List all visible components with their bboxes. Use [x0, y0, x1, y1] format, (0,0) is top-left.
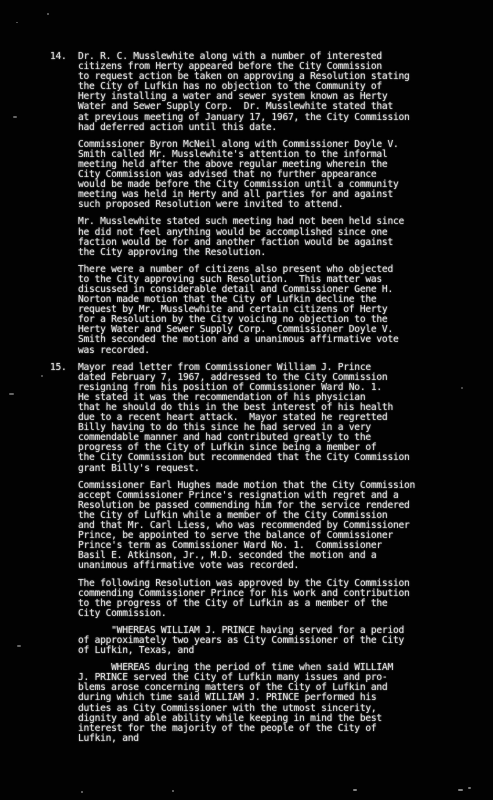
scan-speck	[41, 375, 43, 377]
minute-item-14: 14. Dr. R. C. Musslewhite along with a n…	[50, 52, 463, 363]
scan-speck	[16, 22, 18, 23]
scan-speck	[172, 790, 174, 792]
scan-speck	[17, 645, 21, 647]
scan-speck	[458, 789, 463, 791]
minute-item-15: 15. Mayor read letter from Commissioner …	[50, 363, 463, 751]
paragraph: Commissioner Earl Hughes made motion tha…	[78, 481, 463, 572]
page-text-block: 14. Dr. R. C. Musslewhite along with a n…	[50, 52, 463, 751]
paragraph-whereas: "WHEREAS WILLIAM J. PRINCE having served…	[78, 626, 463, 656]
scan-speck	[353, 789, 357, 791]
scan-speck	[468, 787, 471, 789]
item-body: Dr. R. C. Musslewhite along with a numbe…	[78, 52, 463, 363]
paragraph: Mayor read letter from Commissioner Will…	[78, 363, 463, 474]
scan-speck	[47, 13, 49, 15]
paragraph: The following Resolution was approved by…	[78, 579, 463, 619]
paragraph: Commissioner Byron McNeil along with Com…	[78, 140, 463, 211]
scan-speck	[461, 387, 463, 389]
item-number: 15.	[50, 363, 78, 373]
paragraph: There were a number of citizens also pre…	[78, 265, 463, 356]
paragraph: Dr. R. C. Musslewhite along with a numbe…	[78, 52, 463, 133]
scan-speck	[13, 116, 17, 118]
item-body: Mayor read letter from Commissioner Will…	[78, 363, 463, 751]
item-number: 14.	[50, 52, 78, 62]
scan-speck	[81, 791, 83, 793]
scan-speck	[9, 393, 14, 395]
scanned-minutes-page: 14. Dr. R. C. Musslewhite along with a n…	[0, 0, 493, 800]
paragraph: Mr. Musslewhite stated such meeting had …	[78, 217, 463, 257]
paragraph-whereas: WHEREAS during the period of time when s…	[78, 663, 463, 744]
